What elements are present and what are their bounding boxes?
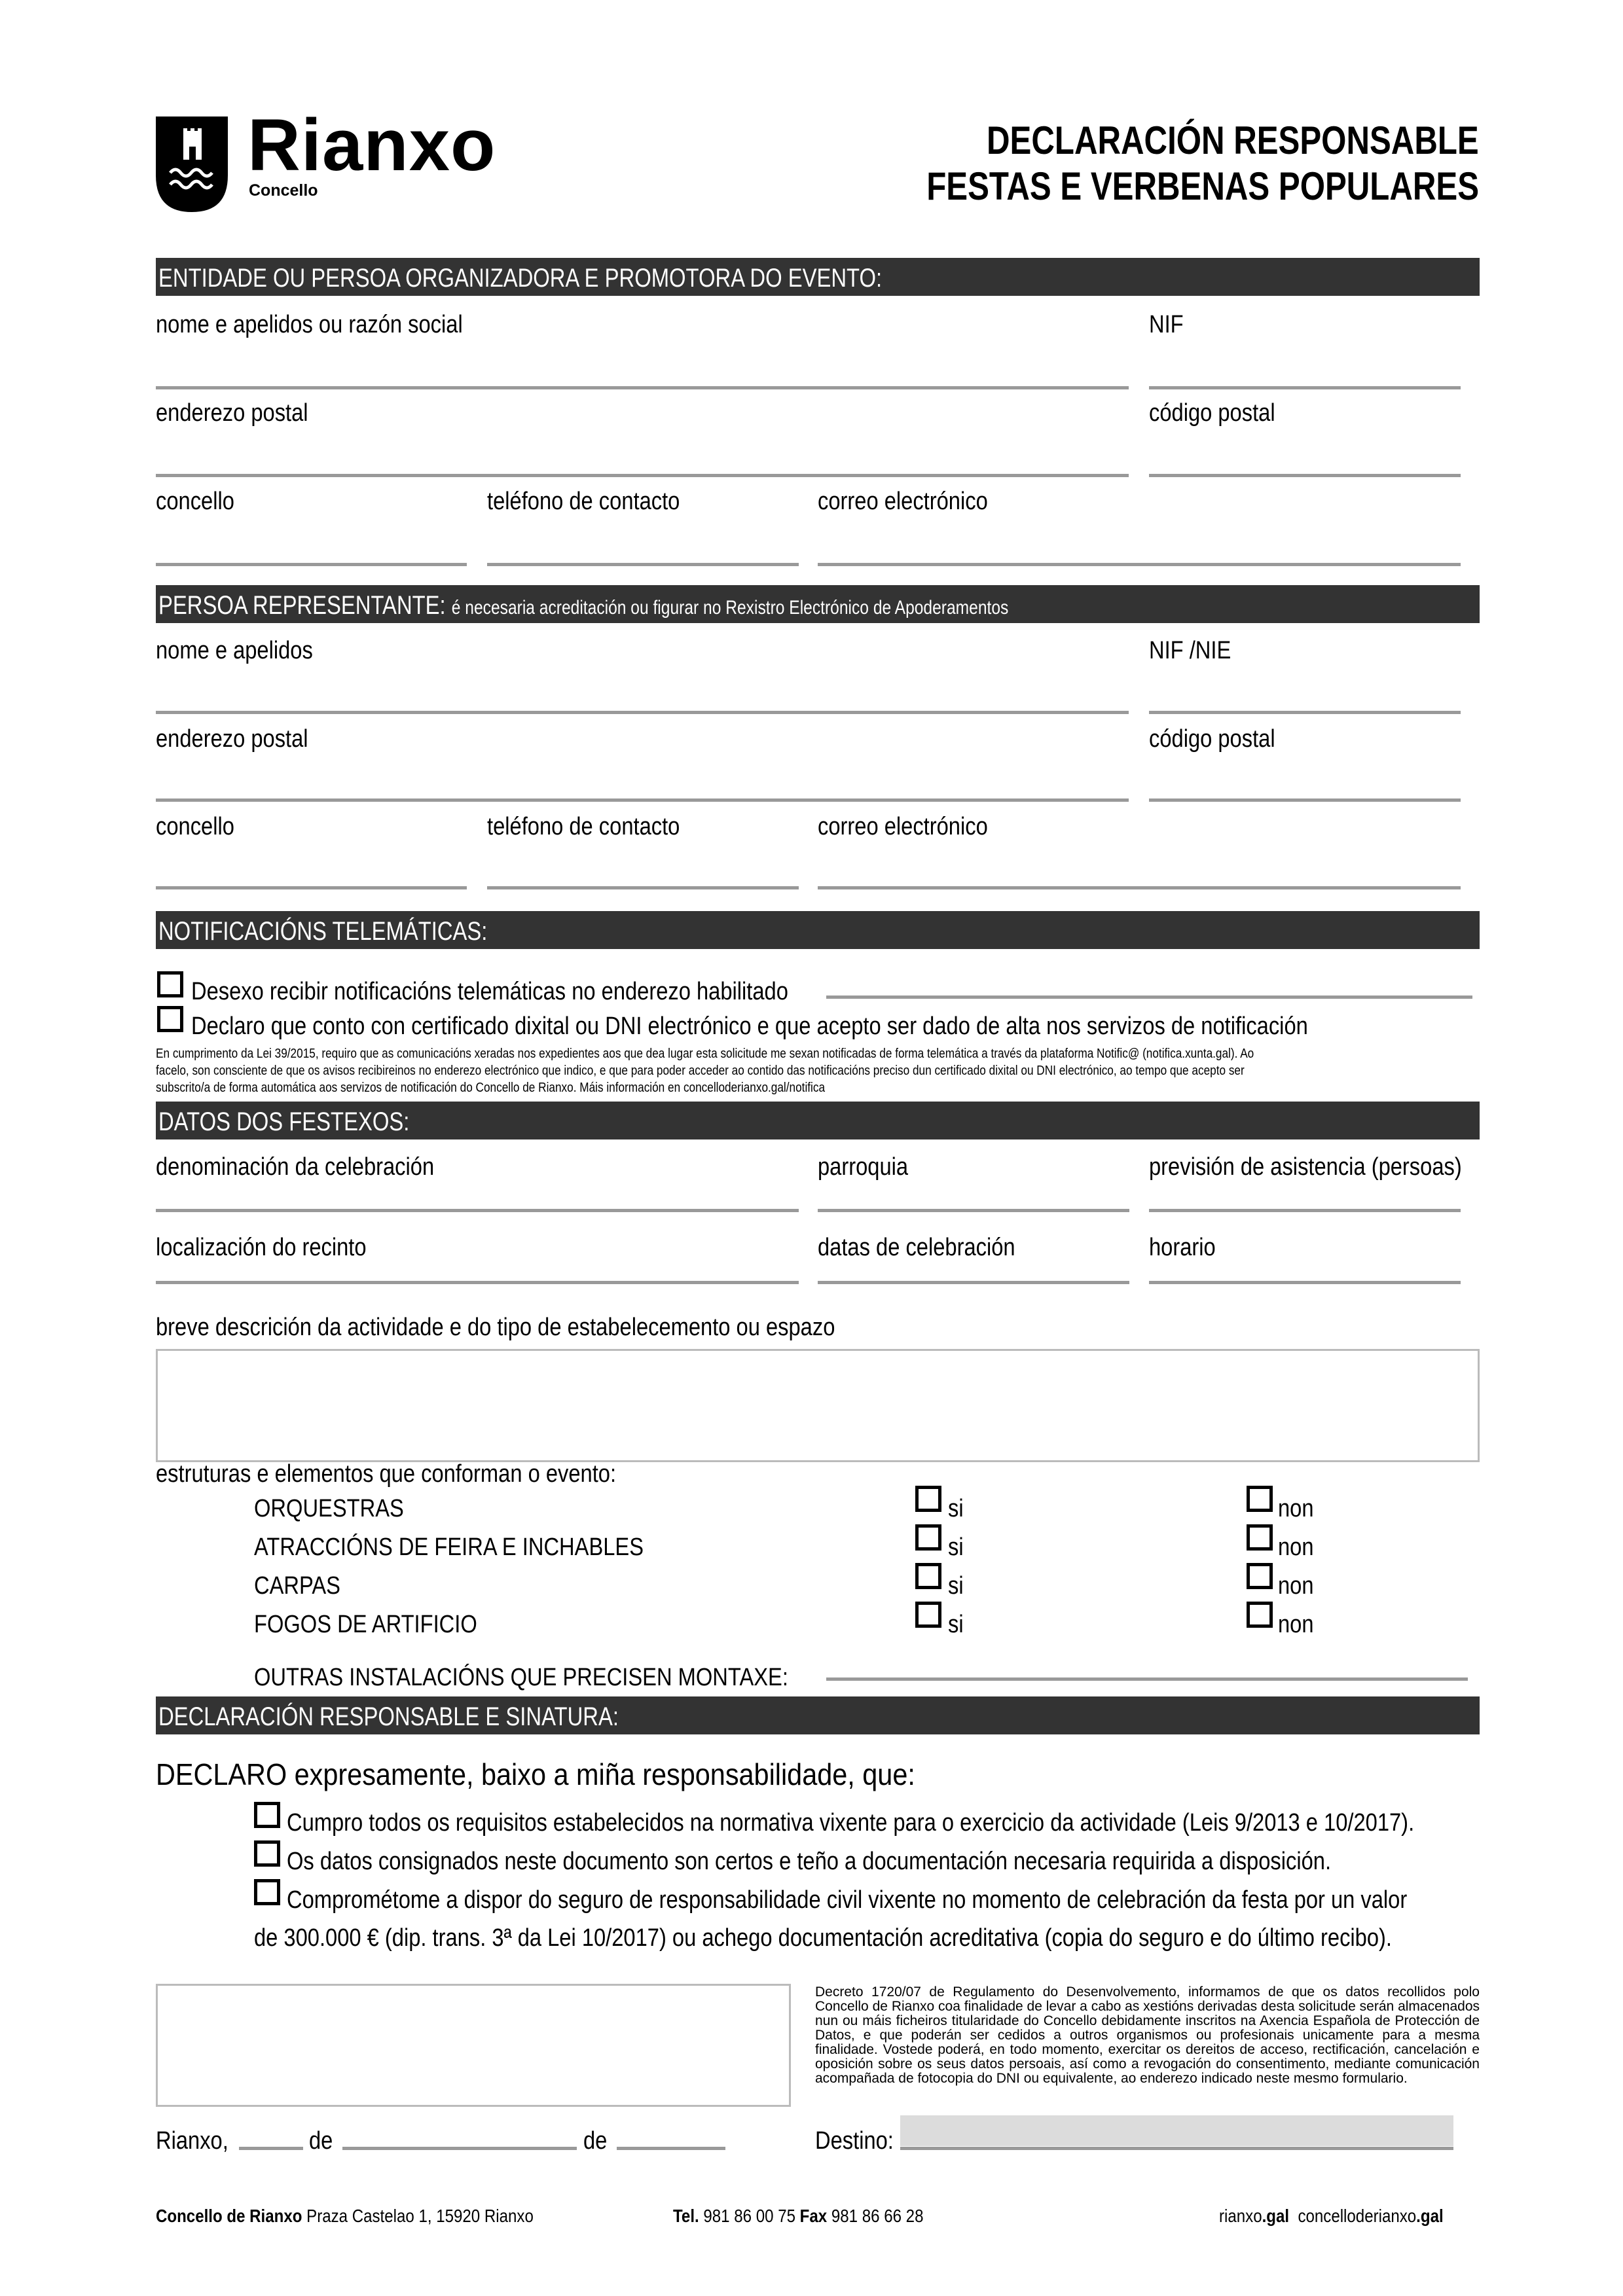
insurance-checkbox[interactable] [254, 1879, 280, 1905]
structure-fair-label: ATRACCIÓNS DE FEIRA E INCHABLES [254, 1534, 644, 1562]
orchestras-yes-label: si [948, 1495, 964, 1523]
section-representative-title: PERSOA REPRESENTANTE: é necesaria acredi… [158, 591, 1008, 620]
entity-postal-code-label: código postal [1149, 399, 1275, 427]
tents-yes-checkbox[interactable] [915, 1563, 941, 1589]
footer-org-name: Concello de Rianxo [156, 2206, 302, 2226]
notifications-legal-line3: subscrito/a de forma automática aos serv… [156, 1079, 825, 1096]
date-de2-label: de [583, 2127, 607, 2155]
structure-tents-label: CARPAS [254, 1572, 340, 1600]
parish-label: parroquia [818, 1153, 908, 1181]
document-title-line1: DECLARACIÓN RESPONSABLE [987, 121, 1479, 160]
footer-street: Praza Castelao 1, 15920 Rianxo [302, 2206, 533, 2226]
entity-phone-label: teléfono de contacto [487, 488, 680, 516]
section-festivities-title: DATOS DOS FESTEXOS: [158, 1107, 409, 1137]
footer-tel: 981 86 00 75 [699, 2206, 800, 2226]
entity-email-field[interactable] [818, 563, 1461, 566]
attendance-field[interactable] [1149, 1209, 1461, 1212]
footer-website-1[interactable]: rianxo.gal [1219, 2206, 1289, 2226]
insurance-label-line2: de 300.000 € (dip. trans. 3ª da Lei 10/2… [254, 1924, 1392, 1952]
structure-fireworks-label: FOGOS DE ARTIFICIO [254, 1611, 477, 1639]
footer-fax: 981 86 66 28 [827, 2206, 923, 2226]
other-installations-label: OUTRAS INSTALACIÓNS QUE PRECISEN MONTAXE… [254, 1664, 788, 1692]
concello-logo: Rianxo Concello [156, 117, 509, 213]
venue-location-label: localización do recinto [156, 1234, 367, 1262]
entity-address-field[interactable] [156, 474, 1129, 477]
section-notifications-title: NOTIFICACIÓNS TELEMÁTICAS: [158, 917, 487, 946]
celebration-dates-field[interactable] [818, 1281, 1129, 1284]
entity-name-label: nome e apelidos ou razón social [156, 311, 463, 339]
structure-orchestras-label: ORQUESTRAS [254, 1495, 404, 1523]
attendance-label: previsión de asistencia (persoas) [1149, 1153, 1462, 1181]
celebration-name-label: denominación da celebración [156, 1153, 434, 1181]
other-installations-field[interactable] [826, 1677, 1468, 1681]
rep-address-field[interactable] [156, 798, 1129, 802]
entity-address-label: enderezo postal [156, 399, 308, 427]
entity-municipality-label: concello [156, 488, 234, 516]
notify-address-label: Desexo recibir notificacións telemáticas… [191, 978, 788, 1006]
rep-name-label: nome e apelidos [156, 637, 313, 665]
rep-postal-code-field[interactable] [1149, 798, 1461, 802]
notifications-legal-line1: En cumprimento da Lei 39/2015, requiro q… [156, 1045, 1254, 1062]
digital-certificate-label: Declaro que conto con certificado dixita… [191, 1013, 1308, 1041]
section-declaration-title: DECLARACIÓN RESPONSABLE E SINATURA: [158, 1702, 619, 1732]
fireworks-yes-checkbox[interactable] [915, 1602, 941, 1628]
footer-websites: rianxo.gal concelloderianxo.gal [1219, 2206, 1444, 2227]
schedule-label: horario [1149, 1234, 1216, 1262]
brand-name: Rianxo [247, 109, 496, 182]
privacy-notice: Decreto 1720/07 de Regulamento do Desenv… [815, 1985, 1480, 2086]
entity-email-label: correo electrónico [818, 488, 988, 516]
date-month-field[interactable] [342, 2147, 577, 2150]
fair-no-checkbox[interactable] [1247, 1524, 1273, 1551]
rep-nif-field[interactable] [1149, 711, 1461, 714]
fair-no-label: non [1278, 1534, 1314, 1562]
destination-underline [900, 2147, 1453, 2150]
declaration-intro-rest: expresamente, baixo a miña responsabilid… [287, 1757, 915, 1791]
rep-phone-field[interactable] [487, 886, 799, 889]
notify-address-checkbox[interactable] [157, 971, 183, 997]
tents-no-checkbox[interactable] [1247, 1563, 1273, 1589]
footer-address: Concello de Rianxo Praza Castelao 1, 159… [156, 2206, 534, 2227]
celebration-name-field[interactable] [156, 1209, 799, 1212]
fireworks-yes-label: si [948, 1611, 964, 1639]
venue-location-field[interactable] [156, 1281, 799, 1284]
section-notifications-header: NOTIFICACIÓNS TELEMÁTICAS: [156, 911, 1480, 949]
section-entity-title: ENTIDADE OU PERSOA ORGANIZADORA E PROMOT… [158, 264, 882, 293]
orchestras-no-checkbox[interactable] [1247, 1486, 1273, 1512]
entity-phone-field[interactable] [487, 563, 799, 566]
footer-fax-label: Fax [800, 2206, 827, 2226]
rep-name-field[interactable] [156, 711, 1129, 714]
orchestras-no-label: non [1278, 1495, 1314, 1523]
signature-box[interactable] [156, 1984, 791, 2107]
footer-contact: Tel. 981 86 00 75 Fax 981 86 66 28 [673, 2206, 923, 2227]
rep-phone-label: teléfono de contacto [487, 813, 680, 841]
date-day-field[interactable] [239, 2147, 303, 2150]
description-textarea[interactable] [156, 1349, 1480, 1462]
fair-yes-checkbox[interactable] [915, 1524, 941, 1551]
rep-postal-code-label: código postal [1149, 725, 1275, 753]
entity-nif-label: NIF [1149, 311, 1184, 339]
shield-tower-waves-icon [156, 117, 228, 212]
notify-address-field[interactable] [826, 996, 1472, 999]
requirements-label: Cumpro todos os requisitos estabelecidos… [287, 1809, 1414, 1837]
fireworks-no-label: non [1278, 1611, 1314, 1639]
footer-web1-name: rianxo [1219, 2206, 1262, 2226]
destination-field[interactable] [900, 2115, 1453, 2146]
declaration-intro-strong: DECLARO [156, 1757, 287, 1791]
rep-municipality-label: concello [156, 813, 234, 841]
rep-email-label: correo electrónico [818, 813, 988, 841]
entity-name-field[interactable] [156, 386, 1129, 389]
footer-web1-tld: .gal [1262, 2206, 1289, 2226]
celebration-dates-label: datas de celebración [818, 1234, 1015, 1262]
representative-heading-note: é necesaria acreditación ou figurar no R… [452, 597, 1009, 619]
description-label: breve descrición da actividade e do tipo… [156, 1314, 835, 1342]
requirements-checkbox[interactable] [254, 1802, 280, 1828]
insurance-label-line1: Comprométome a dispor do seguro de respo… [287, 1886, 1407, 1914]
section-festivities-header: DATOS DOS FESTEXOS: [156, 1102, 1480, 1139]
date-de1-label: de [309, 2127, 333, 2155]
section-representative-header: PERSOA REPRESENTANTE: é necesaria acredi… [156, 585, 1480, 623]
rep-email-field[interactable] [818, 886, 1461, 889]
tents-yes-label: si [948, 1572, 964, 1600]
structures-label: estruturas e elementos que conforman o e… [156, 1460, 616, 1488]
notifications-legal-line2: facelo, son consciente de que os avisos … [156, 1062, 1245, 1079]
rep-municipality-field[interactable] [156, 886, 467, 889]
schedule-field[interactable] [1149, 1281, 1461, 1284]
entity-nif-field[interactable] [1149, 386, 1461, 389]
rep-address-label: enderezo postal [156, 725, 308, 753]
section-declaration-header: DECLARACIÓN RESPONSABLE E SINATURA: [156, 1696, 1480, 1734]
data-true-label: Os datos consignados neste documento son… [287, 1848, 1331, 1876]
section-entity-header: ENTIDADE OU PERSOA ORGANIZADORA E PROMOT… [156, 258, 1480, 296]
fireworks-no-checkbox[interactable] [1247, 1602, 1273, 1628]
place-label: Rianxo, [156, 2127, 228, 2155]
footer-web2-name: concelloderianxo [1298, 2206, 1416, 2226]
footer-tel-label: Tel. [673, 2206, 699, 2226]
entity-postal-code-field[interactable] [1149, 474, 1461, 477]
footer-web2-tld: .gal [1416, 2206, 1443, 2226]
tents-no-label: non [1278, 1572, 1314, 1600]
date-year-field[interactable] [617, 2147, 725, 2150]
data-true-checkbox[interactable] [254, 1840, 280, 1867]
representative-heading-text: PERSOA REPRESENTANTE: [158, 591, 446, 620]
destination-label: Destino: [815, 2127, 894, 2155]
footer-website-2[interactable]: concelloderianxo.gal [1298, 2206, 1443, 2226]
document-title-line2: FESTAS E VERBENAS POPULARES [926, 167, 1479, 206]
orchestras-yes-checkbox[interactable] [915, 1486, 941, 1512]
fair-yes-label: si [948, 1534, 964, 1562]
parish-field[interactable] [818, 1209, 1129, 1212]
rep-nif-label: NIF /NIE [1149, 637, 1231, 665]
digital-certificate-checkbox[interactable] [157, 1006, 183, 1032]
entity-municipality-field[interactable] [156, 563, 467, 566]
brand-subtitle: Concello [249, 181, 318, 200]
declaration-intro: DECLARO expresamente, baixo a miña respo… [156, 1757, 915, 1792]
